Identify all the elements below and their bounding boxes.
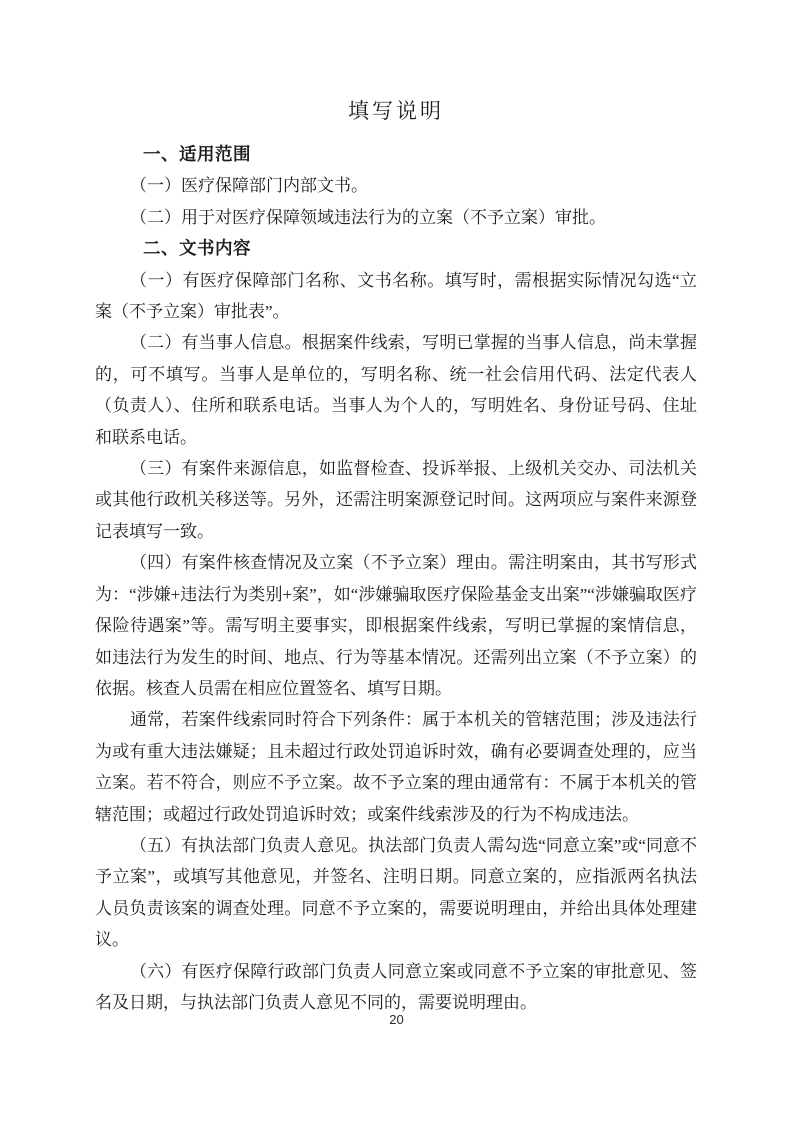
document-content: 填写说明 一、适用范围 （一）医疗保障部门内部文书。 （二）用于对医疗保障领域违… <box>95 96 697 1018</box>
paragraph-content-3: （三）有案件来源信息，如监督检查、投诉举报、上级机关交办、司法机关或其他行政机关… <box>95 453 697 547</box>
paragraph-content-6: （五）有执法部门负责人意见。执法部门负责人需勾选“同意立案”或“同意不予立案”，… <box>95 830 697 956</box>
section-heading-scope: 一、适用范围 <box>95 139 697 170</box>
paragraph-content-1: （一）有医疗保障部门名称、文书名称。填写时，需根据实际情况勾选“立案（不予立案）… <box>95 265 697 328</box>
section-document-content: 二、文书内容 （一）有医疗保障部门名称、文书名称。填写时，需根据实际情况勾选“立… <box>95 233 697 1018</box>
section-heading-content: 二、文书内容 <box>95 233 697 264</box>
document-page: 填写说明 一、适用范围 （一）医疗保障部门内部文书。 （二）用于对医疗保障领域违… <box>0 0 793 1122</box>
section-scope: 一、适用范围 （一）医疗保障部门内部文书。 （二）用于对医疗保障领域违法行为的立… <box>95 139 697 233</box>
page-title: 填写说明 <box>95 96 697 126</box>
paragraph-content-7: （六）有医疗保障行政部门负责人同意立案或同意不予立案的审批意见、签名及日期，与执… <box>95 956 697 1019</box>
paragraph-scope-1: （一）医疗保障部门内部文书。 <box>95 170 697 201</box>
paragraph-content-5: 通常，若案件线索同时符合下列条件：属于本机关的管辖范围；涉及违法行为或有重大违法… <box>95 704 697 830</box>
paragraph-content-4: （四）有案件核查情况及立案（不予立案）理由。需注明案由，其书写形式为：“涉嫌+违… <box>95 547 697 704</box>
page-number: 20 <box>0 1012 793 1027</box>
paragraph-scope-2: （二）用于对医疗保障领域违法行为的立案（不予立案）审批。 <box>95 202 697 233</box>
paragraph-content-2: （二）有当事人信息。根据案件线索，写明已掌握的当事人信息，尚未掌握的，可不填写。… <box>95 327 697 453</box>
